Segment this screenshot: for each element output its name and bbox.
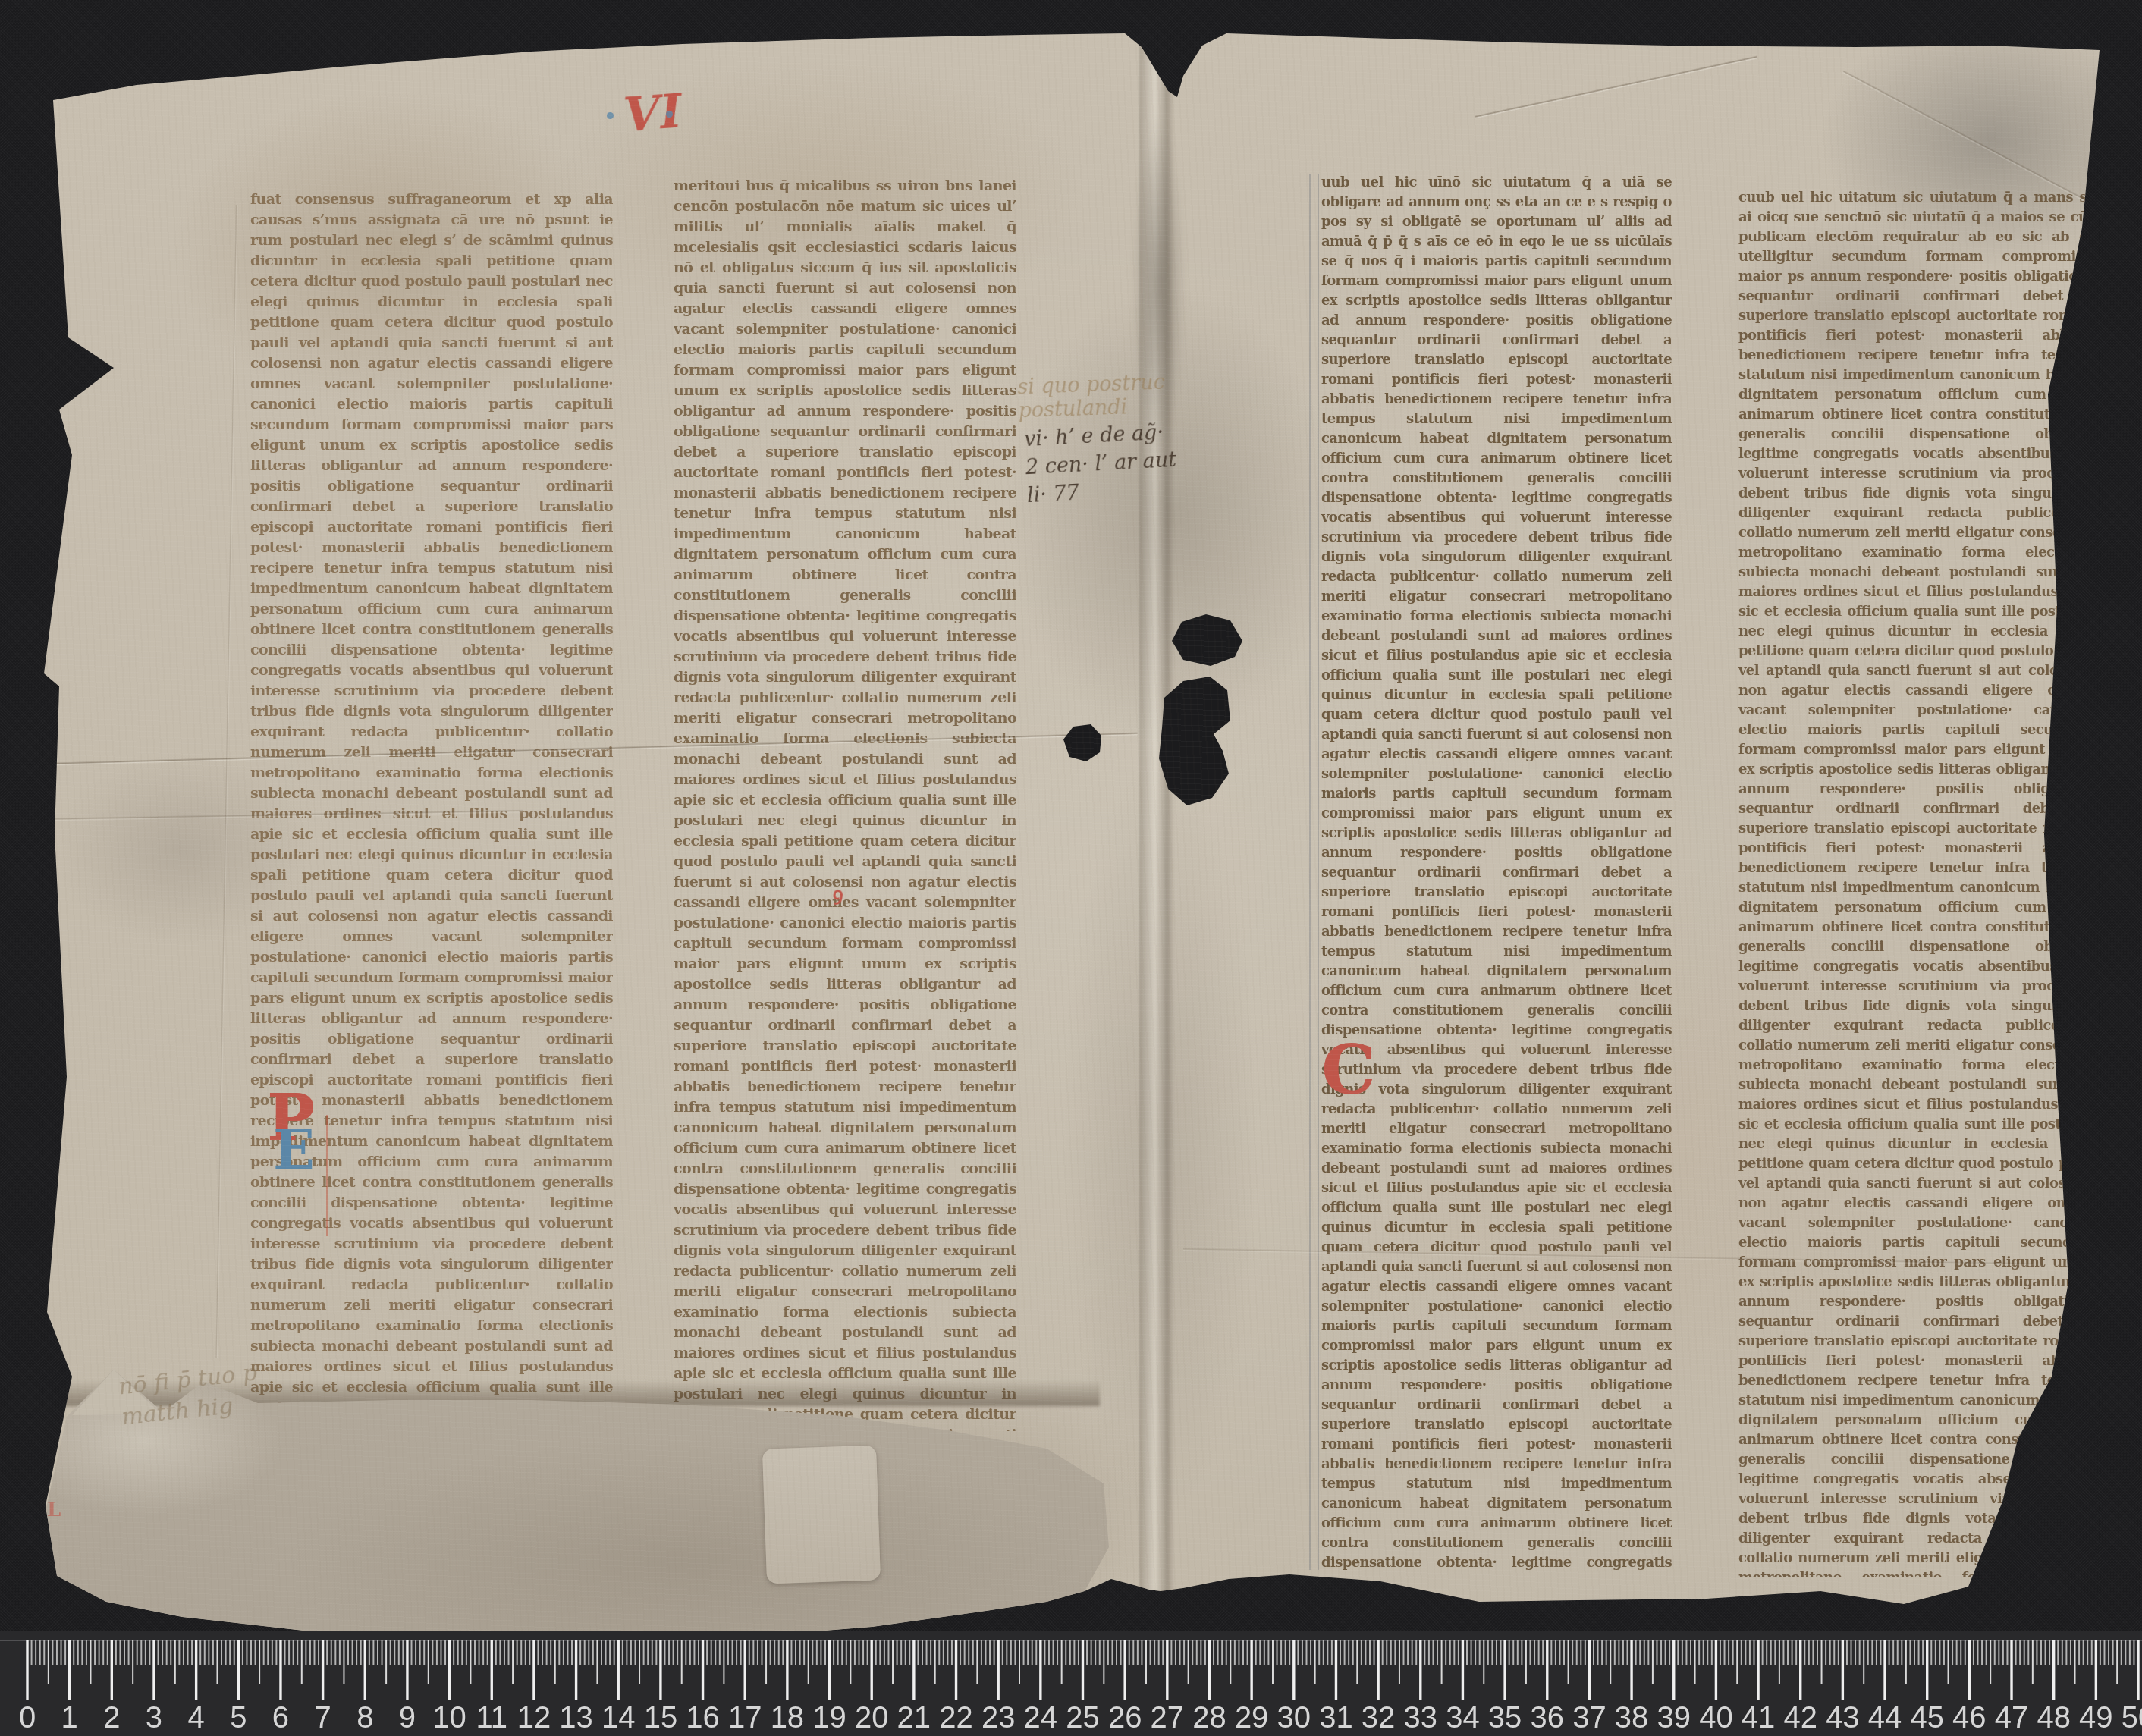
photo-stage: fuat consensus suffraganeorum et xp alia… <box>0 0 2142 1736</box>
svg-text:37: 37 <box>1572 1701 1606 1734</box>
svg-text:36: 36 <box>1531 1701 1565 1734</box>
svg-text:0: 0 <box>19 1701 36 1734</box>
svg-text:39: 39 <box>1657 1701 1691 1734</box>
svg-text:46: 46 <box>1952 1701 1987 1734</box>
crease-line <box>215 205 239 1358</box>
text-column-4: cuub uel hic uitatum sic uiutatum q̄ a m… <box>1738 188 2095 1577</box>
svg-text:27: 27 <box>1151 1701 1185 1734</box>
svg-text:42: 42 <box>1783 1701 1817 1734</box>
svg-text:30: 30 <box>1277 1701 1311 1734</box>
svg-text:44: 44 <box>1868 1701 1902 1734</box>
svg-text:20: 20 <box>855 1701 889 1734</box>
svg-text:23: 23 <box>981 1701 1016 1734</box>
svg-text:31: 31 <box>1319 1701 1353 1734</box>
quire-numeral: VI <box>622 83 684 142</box>
svg-text:15: 15 <box>644 1701 678 1734</box>
svg-text:2: 2 <box>103 1701 120 1734</box>
text-column-2: meritoui bus q̄ micalibus ss uiron bns l… <box>674 176 1016 1431</box>
svg-text:1: 1 <box>61 1701 78 1734</box>
svg-text:22: 22 <box>939 1701 973 1734</box>
svg-text:7: 7 <box>314 1701 331 1734</box>
svg-text:14: 14 <box>601 1701 636 1734</box>
svg-text:41: 41 <box>1742 1701 1776 1734</box>
crease-line <box>1475 55 1757 119</box>
ruler-svg: 0123456789101112131415161718192021222324… <box>0 1631 2142 1736</box>
parchment-sheet: fuat consensus suffraganeorum et xp alia… <box>0 0 2142 1736</box>
svg-text:13: 13 <box>559 1701 593 1734</box>
red-hairline <box>326 1115 328 1236</box>
svg-text:33: 33 <box>1404 1701 1438 1734</box>
margin-note-cursive: vi· h’ e de ag̃· 2 cen· l’ ar aut li· 77 <box>1023 418 1179 510</box>
svg-text:34: 34 <box>1446 1701 1480 1734</box>
svg-text:29: 29 <box>1235 1701 1269 1734</box>
svg-text:8: 8 <box>356 1701 373 1734</box>
svg-text:10: 10 <box>432 1701 466 1734</box>
svg-text:40: 40 <box>1699 1701 1733 1734</box>
svg-text:6: 6 <box>272 1701 289 1734</box>
svg-text:28: 28 <box>1192 1701 1226 1734</box>
initial-C-red: C <box>1321 1036 1376 1104</box>
svg-text:4: 4 <box>188 1701 205 1734</box>
svg-text:11: 11 <box>476 1701 507 1734</box>
svg-text:49: 49 <box>2079 1701 2113 1734</box>
ruling-line <box>1318 174 1319 1570</box>
svg-text:47: 47 <box>1995 1701 2029 1734</box>
blue-dot <box>607 112 614 119</box>
svg-text:26: 26 <box>1108 1701 1142 1734</box>
initial-E-blue: E <box>273 1122 315 1177</box>
svg-text:16: 16 <box>686 1701 720 1734</box>
svg-text:19: 19 <box>812 1701 846 1734</box>
svg-text:25: 25 <box>1066 1701 1100 1734</box>
svg-text:18: 18 <box>771 1701 805 1734</box>
blue-dot <box>666 111 673 118</box>
text-column-1: fuat consensus suffraganeorum et xp alia… <box>250 190 613 1403</box>
ruling-line <box>1309 174 1311 1570</box>
corner-red-tick: L <box>47 1499 61 1521</box>
svg-text:9: 9 <box>399 1701 416 1734</box>
ruler: 0123456789101112131415161718192021222324… <box>0 1631 2142 1736</box>
svg-text:35: 35 <box>1488 1701 1522 1734</box>
svg-text:48: 48 <box>2037 1701 2071 1734</box>
svg-text:3: 3 <box>146 1701 162 1734</box>
svg-text:43: 43 <box>1826 1701 1860 1734</box>
svg-text:32: 32 <box>1362 1701 1396 1734</box>
margin-gloss-faded: si quo postruc postulandi <box>1017 371 1166 423</box>
flap-patch <box>762 1445 881 1584</box>
svg-text:50: 50 <box>2122 1701 2142 1734</box>
svg-text:17: 17 <box>728 1701 762 1734</box>
svg-text:24: 24 <box>1024 1701 1058 1734</box>
text-column-3: uub uel hic uīnō sic uiutatum q̄ a uiā s… <box>1321 173 1672 1574</box>
svg-text:12: 12 <box>517 1701 551 1734</box>
svg-text:21: 21 <box>897 1701 931 1734</box>
svg-text:45: 45 <box>1910 1701 1944 1734</box>
svg-text:38: 38 <box>1615 1701 1649 1734</box>
svg-text:5: 5 <box>230 1701 247 1734</box>
